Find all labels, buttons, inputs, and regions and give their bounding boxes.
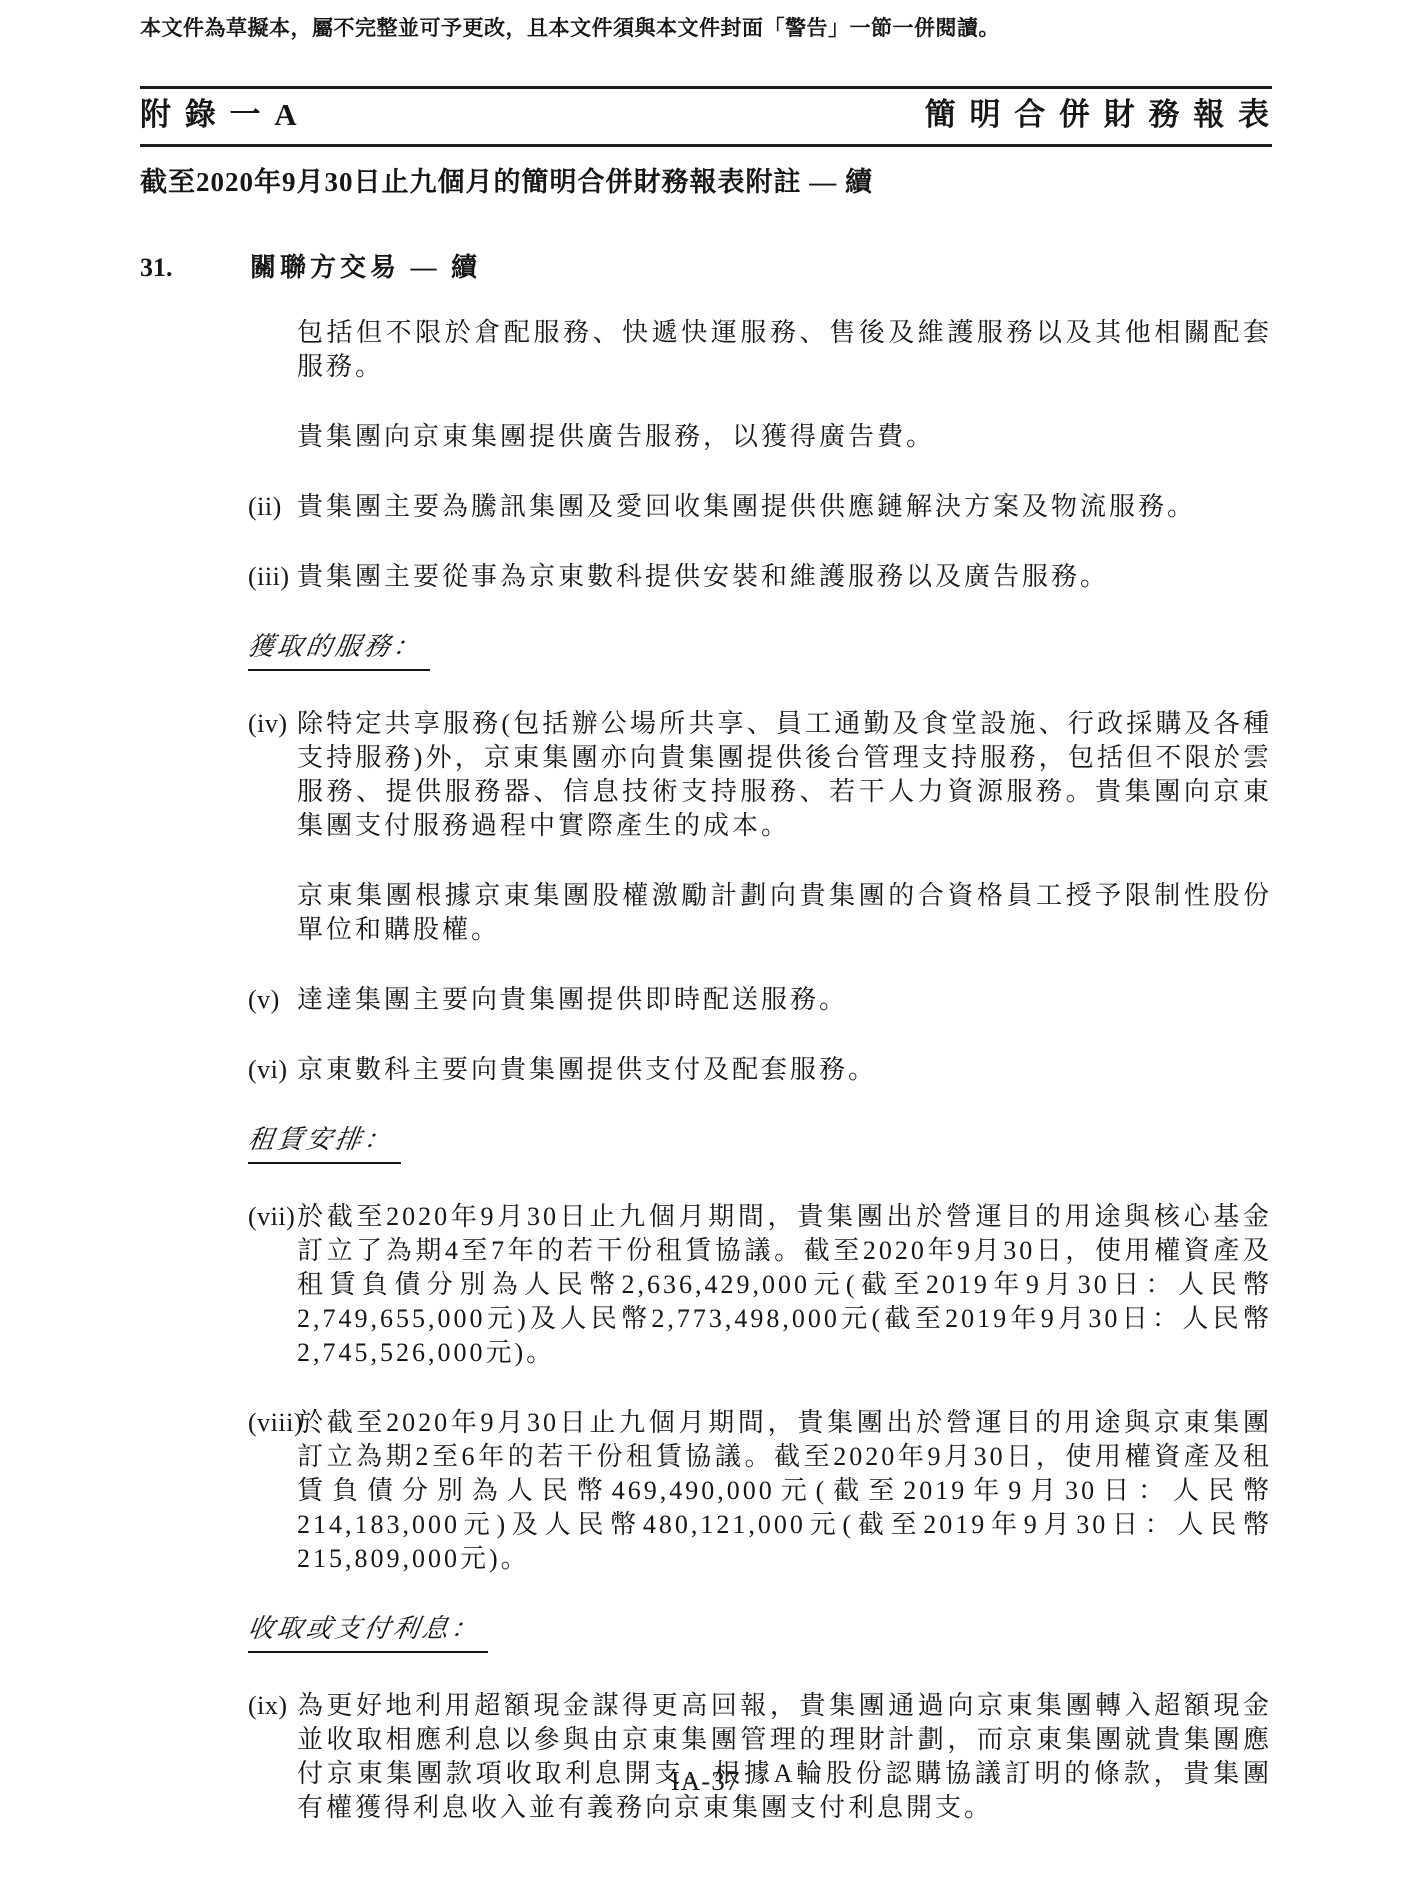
item-text-viii: 於截至2020年9月30日止九個月期間，貴集團出於營運目的用途與京東集團訂立為期… [297,1408,1272,1573]
intro-paragraph-services: 包括但不限於倉配服務、快遞快運服務、售後及維護服務以及其他相關配套服務。 [297,316,1272,384]
section-title: 截至2020年9月30日止九個月的簡明合併財務報表附註 — 續 [140,165,1272,199]
item-label-vi: (vi) [248,1053,288,1087]
subheading-interest: 收取或支付利息： [248,1612,1272,1653]
item-label-iii: (iii) [248,560,290,594]
list-item-iv: (iv) 除特定共享服務(包括辦公場所共享、員工通勤及食堂設施、行政採購及各種支… [140,707,1272,843]
note-number: 31. [140,251,173,285]
list-item-vii: (vii) 於截至2020年9月30日止九個月期間，貴集團出於營運目的用途與核心… [140,1200,1272,1370]
subheading-underline: 收取或支付利息： [248,1612,488,1653]
document-page: 本文件為草擬本，屬不完整並可予更改，且本文件須與本文件封面「警告」一節一併閱讀。… [0,0,1411,1881]
content-column: 本文件為草擬本，屬不完整並可予更改，且本文件須與本文件封面「警告」一節一併閱讀。… [140,0,1272,1861]
item-label-iv: (iv) [248,707,288,741]
appendix-header-band: 附 錄 一 A 簡 明 合 併 財 務 報 表 [140,86,1272,147]
subheading-underline: 租賃安排： [248,1123,401,1164]
intro-paragraph-advertising: 貴集團向京東集團提供廣告服務，以獲得廣告費。 [297,420,1272,454]
page-number: IA-37 [0,1766,1411,1797]
item-text-iv: 除特定共享服務(包括辦公場所共享、員工通勤及食堂設施、行政採購及各種支持服務)外… [297,709,1272,840]
item-label-vii: (vii) [248,1200,295,1234]
item-text-ix: 為更好地利用超額現金謀得更高回報，貴集團通過向京東集團轉入超額現金並收取相應利息… [297,1691,1272,1822]
list-item-ii: (ii) 貴集團主要為騰訊集團及愛回收集團提供供應鏈解決方案及物流服務。 [140,490,1272,524]
subheading-underline: 獲取的服務： [248,630,430,671]
item-label-viii: (viii) [248,1406,303,1440]
draft-disclaimer: 本文件為草擬本，屬不完整並可予更改，且本文件須與本文件封面「警告」一節一併閱讀。 [140,14,1272,42]
note-title: 關聯方交易 — 續 [250,253,481,282]
note-heading: 31. 關聯方交易 — 續 [140,251,1272,285]
list-item-ix: (ix) 為更好地利用超額現金謀得更高回報，貴集團通過向京東集團轉入超額現金並收… [140,1689,1272,1825]
item-label-ix: (ix) [248,1689,288,1723]
subheading-services-obtained: 獲取的服務： [248,630,1272,671]
item-text-ii: 貴集團主要為騰訊集團及愛回收集團提供供應鏈解決方案及物流服務。 [297,492,1196,521]
item-text-iii: 貴集團主要從事為京東數科提供安裝和維護服務以及廣告服務。 [297,562,1109,591]
paragraph-share-incentive: 京東集團根據京東集團股權激勵計劃向貴集團的合資格員工授予限制性股份單位和購股權。 [297,879,1272,947]
item-text-vii: 於截至2020年9月30日止九個月期間，貴集團出於營運目的用途與核心基金訂立了為… [297,1202,1272,1367]
item-label-v: (v) [248,983,280,1017]
item-text-vi: 京東數科主要向貴集團提供支付及配套服務。 [297,1055,877,1084]
appendix-label: 附 錄 一 A [140,98,300,132]
list-item-iii: (iii) 貴集團主要從事為京東數科提供安裝和維護服務以及廣告服務。 [140,560,1272,594]
subheading-lease-arrangements: 租賃安排： [248,1123,1272,1164]
list-item-vi: (vi) 京東數科主要向貴集團提供支付及配套服務。 [140,1053,1272,1087]
item-label-ii: (ii) [248,490,282,524]
appendix-title: 簡 明 合 併 財 務 報 表 [925,98,1272,132]
list-item-viii: (viii) 於截至2020年9月30日止九個月期間，貴集團出於營運目的用途與京… [140,1406,1272,1576]
item-text-v: 達達集團主要向貴集團提供即時配送服務。 [297,985,848,1014]
list-item-v: (v) 達達集團主要向貴集團提供即時配送服務。 [140,983,1272,1017]
